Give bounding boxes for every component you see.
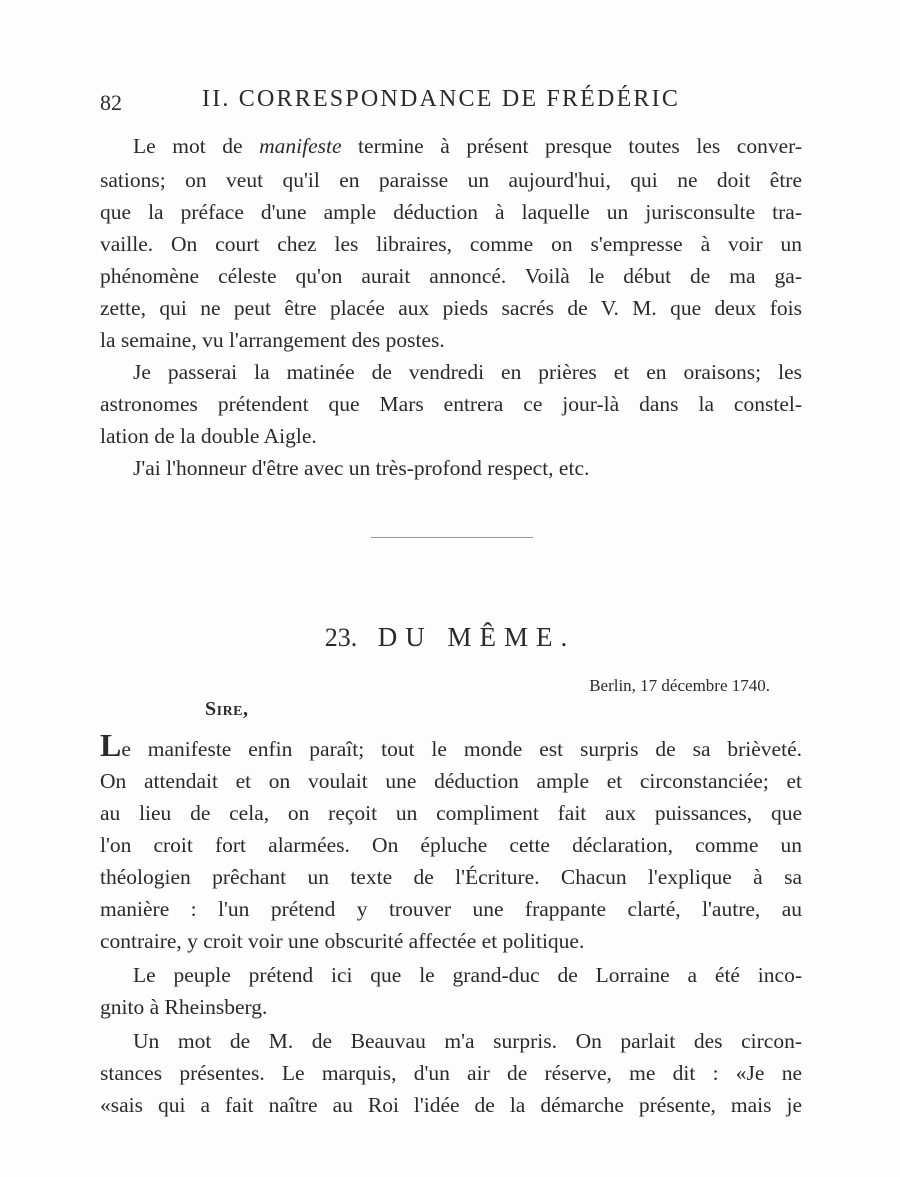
text-line: gnito à Rheinsberg. (100, 991, 802, 1023)
text-line: Je passerai la matinée de vendredi en pr… (133, 356, 802, 388)
running-title: II. CORRESPONDANCE DE FRÉDÉRIC (202, 86, 680, 113)
text-line: stances présentes. Le marquis, d'un air … (100, 1057, 802, 1089)
text-line: Le manifeste enfin paraît; tout le monde… (100, 733, 802, 765)
text-line: la semaine, vu l'arrangement des postes. (100, 324, 802, 356)
emphasis-manifeste: manifeste (259, 134, 341, 158)
section-divider (371, 537, 533, 538)
salutation: Sire, (205, 698, 249, 721)
text-line: zette, qui ne peut être placée aux pieds… (100, 292, 802, 324)
closing-line: J'ai l'honneur d'être avec un très-profo… (133, 452, 802, 484)
text-line: théologien prêchant un texte de l'Écritu… (100, 861, 802, 893)
text-line: Le mot de manifeste termine à présent pr… (133, 130, 802, 162)
text-line: que la préface d'une ample déduction à l… (100, 196, 802, 228)
text-line: contraire, y croit voir une obscurité af… (100, 925, 802, 957)
text-line: Un mot de M. de Beauvau m'a surpris. On … (133, 1025, 802, 1057)
text-line: l'on croit fort alarmées. On épluche cet… (100, 829, 802, 861)
text-line: au lieu de cela, on reçoit un compliment… (100, 797, 802, 829)
text-line: phénomène céleste qu'on aurait annoncé. … (100, 260, 802, 292)
drop-cap: L (100, 727, 121, 763)
page-number: 82 (100, 90, 122, 116)
text-line: astronomes prétendent que Mars entrera c… (100, 388, 802, 420)
dateline: Berlin, 17 décembre 1740. (589, 676, 770, 696)
letter-heading: 23. DU MÊME. (0, 622, 900, 653)
book-page: 82 II. CORRESPONDANCE DE FRÉDÉRIC Le mot… (0, 0, 900, 1177)
text-line: manière : l'un prétend y trouver une fra… (100, 893, 802, 925)
text-line: «sais qui a fait naître au Roi l'idée de… (100, 1089, 802, 1121)
letter-number: 23. (325, 623, 358, 652)
text-line: Le peuple prétend ici que le grand-duc d… (133, 959, 802, 991)
text-line: On attendait et on voulait une déduction… (100, 765, 802, 797)
letter-title: DU MÊME. (378, 622, 576, 652)
running-head: 82 II. CORRESPONDANCE DE FRÉDÉRIC (100, 86, 802, 120)
text-line: sations; on veut qu'il en paraisse un au… (100, 164, 802, 196)
text-line: lation de la double Aigle. (100, 420, 802, 452)
text-line: vaille. On court chez les libraires, com… (100, 228, 802, 260)
